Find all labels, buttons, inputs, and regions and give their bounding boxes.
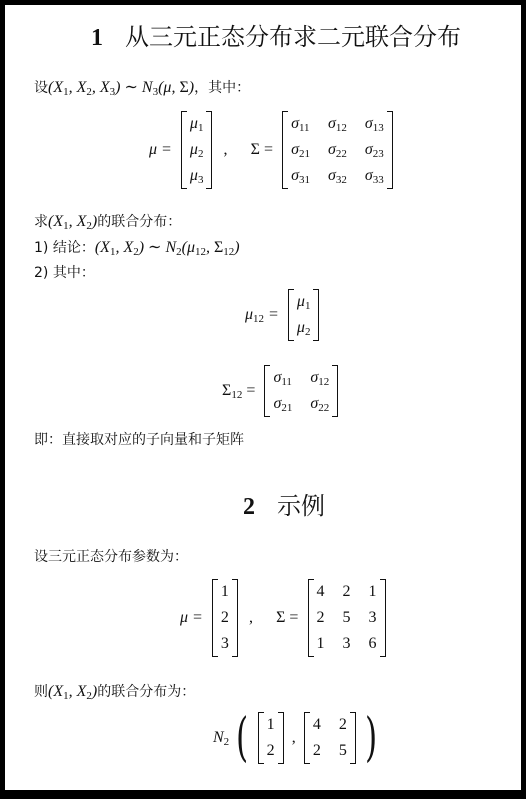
mu-sigma-display: μ = μ1 μ2 μ3 , Σ = σ11σ12σ13 σ21σ22σ23 σ… [149, 111, 393, 189]
mu12-vector: μ1 μ2 [288, 289, 320, 341]
result-sigma-matrix: 42 25 [304, 712, 356, 764]
sigma-label: Σ = [251, 141, 277, 159]
sigma12-display: Σ12 = σ11σ12 σ21σ22 [222, 365, 338, 417]
conclusion-label: 1) 结论： [34, 240, 95, 256]
mu-vector: μ1 μ2 μ3 [181, 111, 213, 189]
section-number: 1 [91, 25, 103, 51]
mu12-display: μ12 = μ1 μ2 [245, 289, 319, 341]
where-line: 2) 其中： [34, 262, 95, 282]
intro-suffix: ，其中： [194, 80, 250, 96]
question-line: 求(X1, X2)的联合分布： [34, 211, 181, 231]
section-title: 从三元正态分布求二元联合分布 [125, 23, 461, 51]
sigma-matrix: σ11σ12σ13 σ21σ22σ23 σ31σ32σ33 [282, 111, 393, 189]
result-suffix: 的联合分布为： [97, 684, 195, 700]
sigma12-matrix: σ11σ12 σ21σ22 [264, 365, 338, 417]
intro-line: 设(X1, X2, X3) ∼ N3(μ, Σ)，其中： [34, 77, 250, 97]
conclusion-line: 1) 结论：(X1, X2) ∼ N2(μ12, Σ12) [34, 237, 240, 257]
section-number: 2 [243, 494, 255, 520]
result-distribution: N2 ( 1 2 , 42 25 ) [213, 712, 381, 764]
summary-line: 即：直接取对应的子向量和子矩阵 [34, 429, 244, 449]
question-suffix: 的联合分布： [97, 214, 181, 230]
section-2-heading: 2示例 [243, 486, 325, 521]
mu-label: μ = [149, 141, 176, 159]
where-label: 2) 其中： [34, 265, 95, 281]
example-mu-vector: 1 2 3 [212, 579, 238, 657]
result-mu-vector: 1 2 [258, 712, 284, 764]
question-prefix: 求 [34, 214, 48, 230]
example-sigma-matrix: 421 253 136 [308, 579, 386, 657]
example-intro: 设三元正态分布参数为： [34, 546, 188, 566]
section-title: 示例 [277, 492, 325, 520]
document-page: 1从三元正态分布求二元联合分布 设(X1, X2, X3) ∼ N3(μ, Σ)… [5, 5, 521, 790]
intro-math: (X1, X2, X3) ∼ N3(μ, Σ) [48, 79, 194, 96]
result-prefix: 则 [34, 684, 48, 700]
example-mu-sigma-display: μ = 1 2 3 , Σ = 421 253 136 [180, 579, 386, 657]
result-line: 则(X1, X2)的联合分布为： [34, 681, 195, 701]
intro-prefix: 设 [34, 80, 48, 96]
section-1-heading: 1从三元正态分布求二元联合分布 [91, 17, 461, 52]
